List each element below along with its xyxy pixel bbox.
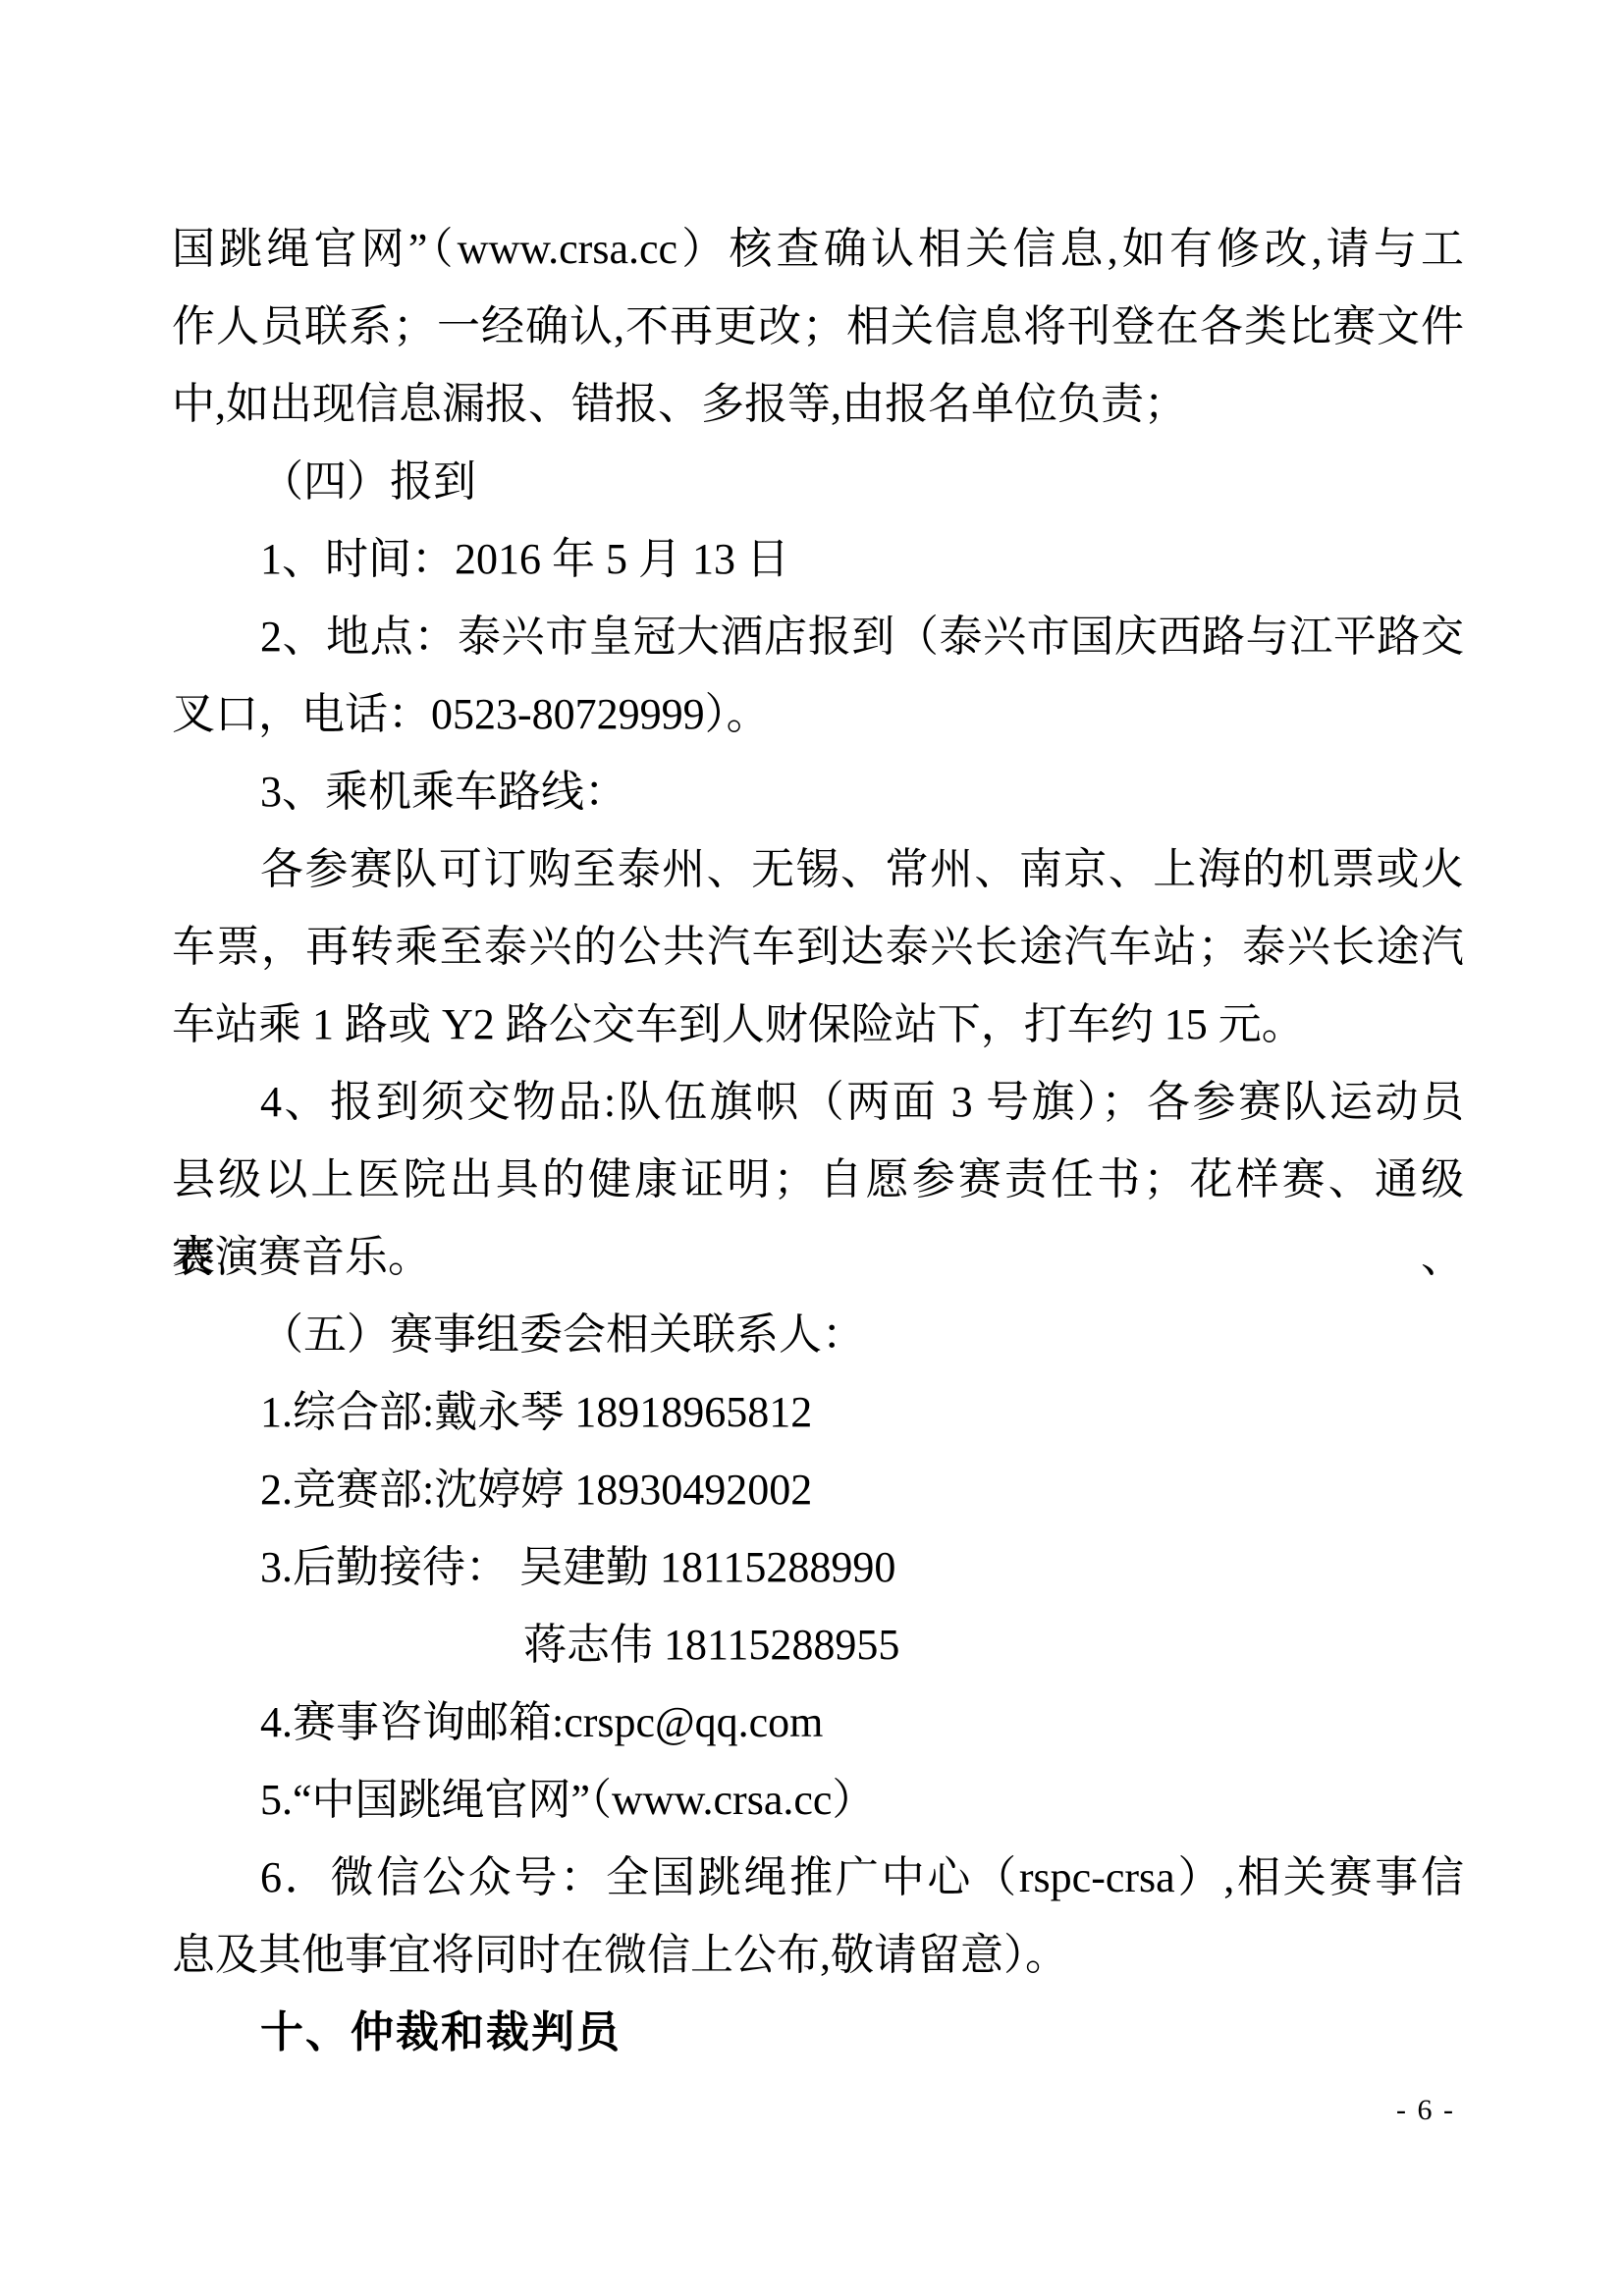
text-line: 中,如出现信息漏报、错报、多报等,由报名单位负责； [172, 365, 1464, 443]
text-line: 3、乘机乘车路线： [172, 753, 1464, 830]
text-line: 1.综合部:戴永琴 18918965812 [172, 1373, 1464, 1451]
text-line: 4.赛事咨询邮箱:crspc@qq.com [172, 1683, 1464, 1761]
text-line: 车票，再转乘至泰兴的公共汽车到达泰兴长途汽车站；泰兴长途汽 [172, 908, 1464, 986]
text-line: 1、时间：2016 年 5 月 13 日 [172, 520, 1464, 598]
text-line: 各参赛队可订购至泰州、无锡、常州、南京、上海的机票或火 [172, 830, 1464, 908]
text-line: 6．微信公众号：全国跳绳推广中心（rspc-crsa）,相关赛事信 [172, 1839, 1464, 1916]
text-line: 2.竞赛部:沈婷婷 18930492002 [172, 1451, 1464, 1528]
text-line: 4、报到须交物品:队伍旗帜（两面 3 号旗）；各参赛队运动员 [172, 1063, 1464, 1141]
text-line: 作人员联系；一经确认,不再更改；相关信息将刊登在各类比赛文件 [172, 288, 1464, 365]
document-page: 国跳绳官网”（www.crsa.cc）核查确认相关信息,如有修改,请与工作人员联… [0, 0, 1624, 2296]
text-line: 息及其他事宜将同时在微信上公布,敬请留意）。 [172, 1916, 1464, 1994]
text-line: （五）赛事组委会相关联系人： [172, 1296, 1464, 1373]
page-number: - 6 - [1396, 2093, 1455, 2128]
text-line: 5.“中国跳绳官网”（www.crsa.cc） [172, 1761, 1464, 1839]
document-body: 国跳绳官网”（www.crsa.cc）核查确认相关信息,如有修改,请与工作人员联… [172, 210, 1464, 2071]
text-line: 3.后勤接待： 吴建勤 18115288990 [172, 1528, 1464, 1606]
text-line: 县级以上医院出具的健康证明；自愿参赛责任书；花样赛、通级赛、 [172, 1141, 1464, 1218]
text-line: 十、仲裁和裁判员 [172, 1994, 1464, 2071]
text-line: 叉口，电话：0523-80729999）。 [172, 675, 1464, 753]
text-line: （四）报到 [172, 443, 1464, 520]
text-line: 蒋志伟 18115288955 [172, 1606, 1464, 1683]
text-line: 国跳绳官网”（www.crsa.cc）核查确认相关信息,如有修改,请与工 [172, 210, 1464, 288]
text-line: 2、地点：泰兴市皇冠大酒店报到（泰兴市国庆西路与江平路交 [172, 598, 1464, 675]
text-line: 车站乘 1 路或 Y2 路公交车到人财保险站下，打车约 15 元。 [172, 986, 1464, 1063]
